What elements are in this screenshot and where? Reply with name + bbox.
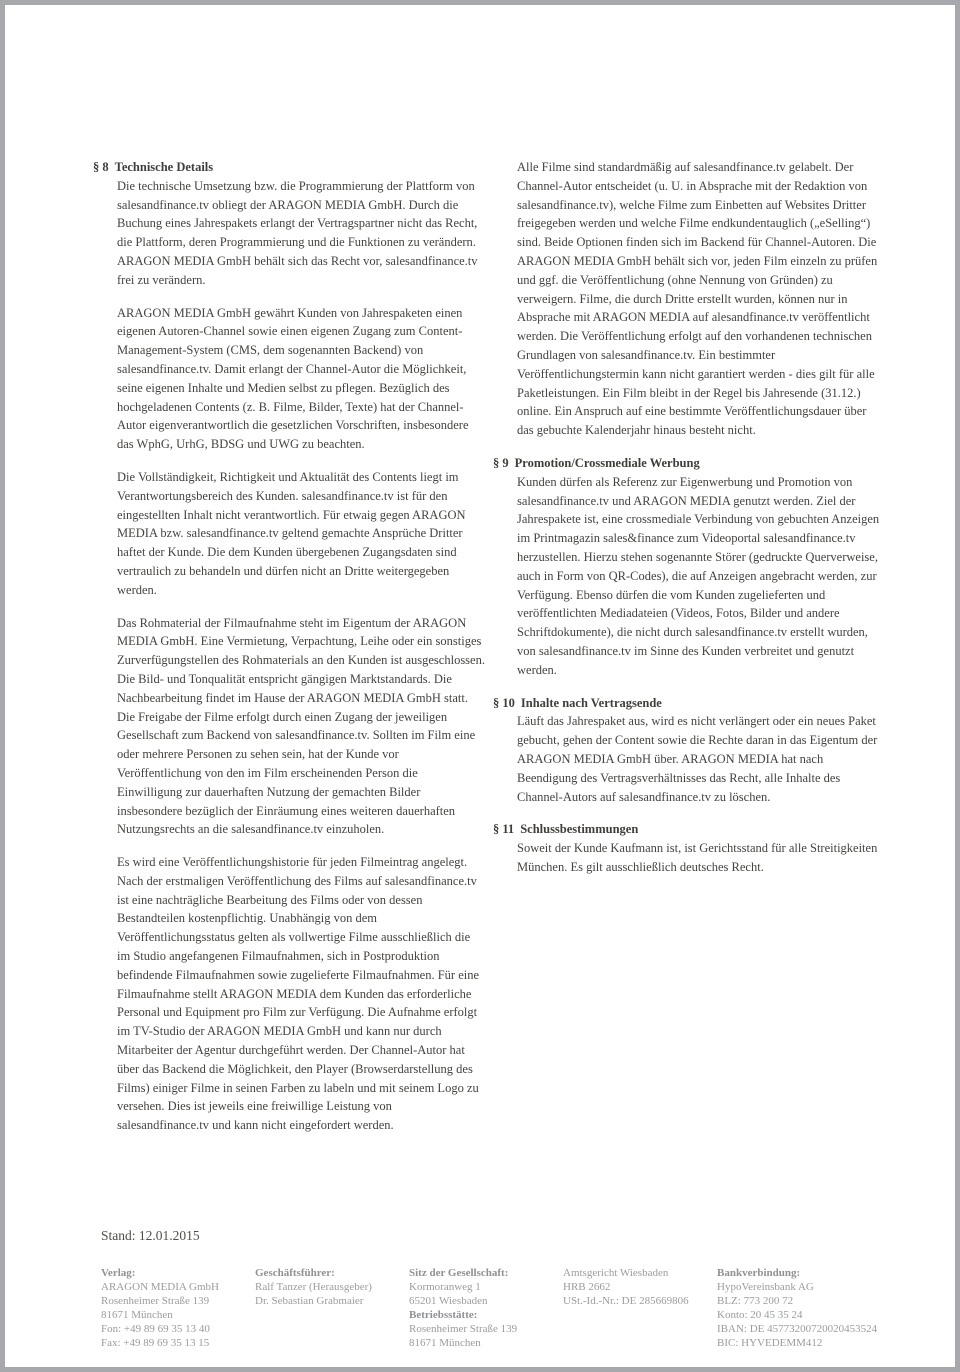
footer-column-amtsgericht: Amtsgericht Wiesbaden HRB 2662 USt.-Id.-… [563, 1266, 717, 1350]
section-9: § 9Promotion/Crossmediale Werbung Kunden… [493, 454, 885, 680]
section-title: Inhalte nach Vertragsende [521, 696, 662, 710]
section-heading: § 9Promotion/Crossmediale Werbung [493, 454, 885, 473]
section-title: Promotion/Crossmediale Werbung [515, 456, 700, 470]
footer-lines: Kormoranweg 1 65201 Wiesbaden [409, 1280, 563, 1308]
document-page: § 8Technische Details Die technische Ums… [0, 0, 960, 1372]
footer-lines: Ralf Tanzer (Herausgeber) Dr. Sebastian … [255, 1280, 409, 1308]
section-8: § 8Technische Details Die technische Ums… [93, 158, 485, 1135]
section-marker: § 10 [493, 696, 515, 710]
text-columns: § 8Technische Details Die technische Ums… [93, 158, 885, 1149]
section-marker: § 9 [493, 456, 509, 470]
paragraph: Läuft das Jahrespaket aus, wird es nicht… [493, 712, 885, 806]
footer-header: Sitz der Gesellschaft: [409, 1266, 563, 1280]
paragraph: Das Rohmaterial der Filmaufnahme steht i… [93, 614, 485, 840]
paragraph: Es wird eine Veröffentlichungshistorie f… [93, 853, 485, 1135]
footer-column-sitz: Sitz der Gesellschaft: Kormoranweg 1 652… [409, 1266, 563, 1350]
footer-column-geschaeftsfuehrer: Geschäftsführer: Ralf Tanzer (Herausgebe… [255, 1266, 409, 1350]
footer-header: Betriebsstätte: [409, 1308, 563, 1322]
section-10: § 10Inhalte nach Vertragsende Läuft das … [493, 694, 885, 807]
footer-lines: ARAGON MEDIA GmbH Rosenheimer Straße 139… [101, 1280, 255, 1350]
paragraph: Kunden dürfen als Referenz zur Eigenwerb… [493, 473, 885, 680]
paragraph: Die Vollständigkeit, Richtigkeit und Akt… [93, 468, 485, 600]
footer-column-bank: Bankverbindung: HypoVereinsbank AG BLZ: … [717, 1266, 960, 1350]
section-marker: § 11 [493, 822, 514, 836]
right-column: Alle Filme sind standardmäßig auf salesa… [493, 158, 885, 1149]
footer-column-verlag: Verlag: ARAGON MEDIA GmbH Rosenheimer St… [101, 1266, 255, 1350]
paragraph: Alle Filme sind standardmäßig auf salesa… [493, 158, 885, 440]
section-heading: § 8Technische Details [93, 158, 485, 177]
left-column: § 8Technische Details Die technische Ums… [93, 158, 485, 1149]
imprint-footer: Verlag: ARAGON MEDIA GmbH Rosenheimer St… [101, 1266, 960, 1350]
section-title: Schlussbestimmungen [520, 822, 638, 836]
section-7-continuation: Alle Filme sind standardmäßig auf salesa… [493, 158, 885, 440]
paragraph: Soweit der Kunde Kaufmann ist, ist Geric… [493, 839, 885, 877]
footer-lines: HypoVereinsbank AG BLZ: 773 200 72 Konto… [717, 1280, 960, 1350]
footer-header: Bankverbindung: [717, 1266, 960, 1280]
footer-header: Geschäftsführer: [255, 1266, 409, 1280]
footer-lines: Rosenheimer Straße 139 81671 München [409, 1322, 563, 1350]
footer-header: Verlag: [101, 1266, 255, 1280]
section-marker: § 8 [93, 160, 109, 174]
section-title: Technische Details [115, 160, 214, 174]
section-11: § 11Schlussbestimmungen Soweit der Kunde… [493, 820, 885, 876]
revision-date: Stand: 12.01.2015 [101, 1227, 200, 1245]
section-heading: § 11Schlussbestimmungen [493, 820, 885, 839]
paragraph: ARAGON MEDIA GmbH gewährt Kunden von Jah… [93, 304, 485, 454]
section-heading: § 10Inhalte nach Vertragsende [493, 694, 885, 713]
paragraph: Die technische Umsetzung bzw. die Progra… [93, 177, 485, 290]
footer-lines: Amtsgericht Wiesbaden HRB 2662 USt.-Id.-… [563, 1266, 717, 1308]
